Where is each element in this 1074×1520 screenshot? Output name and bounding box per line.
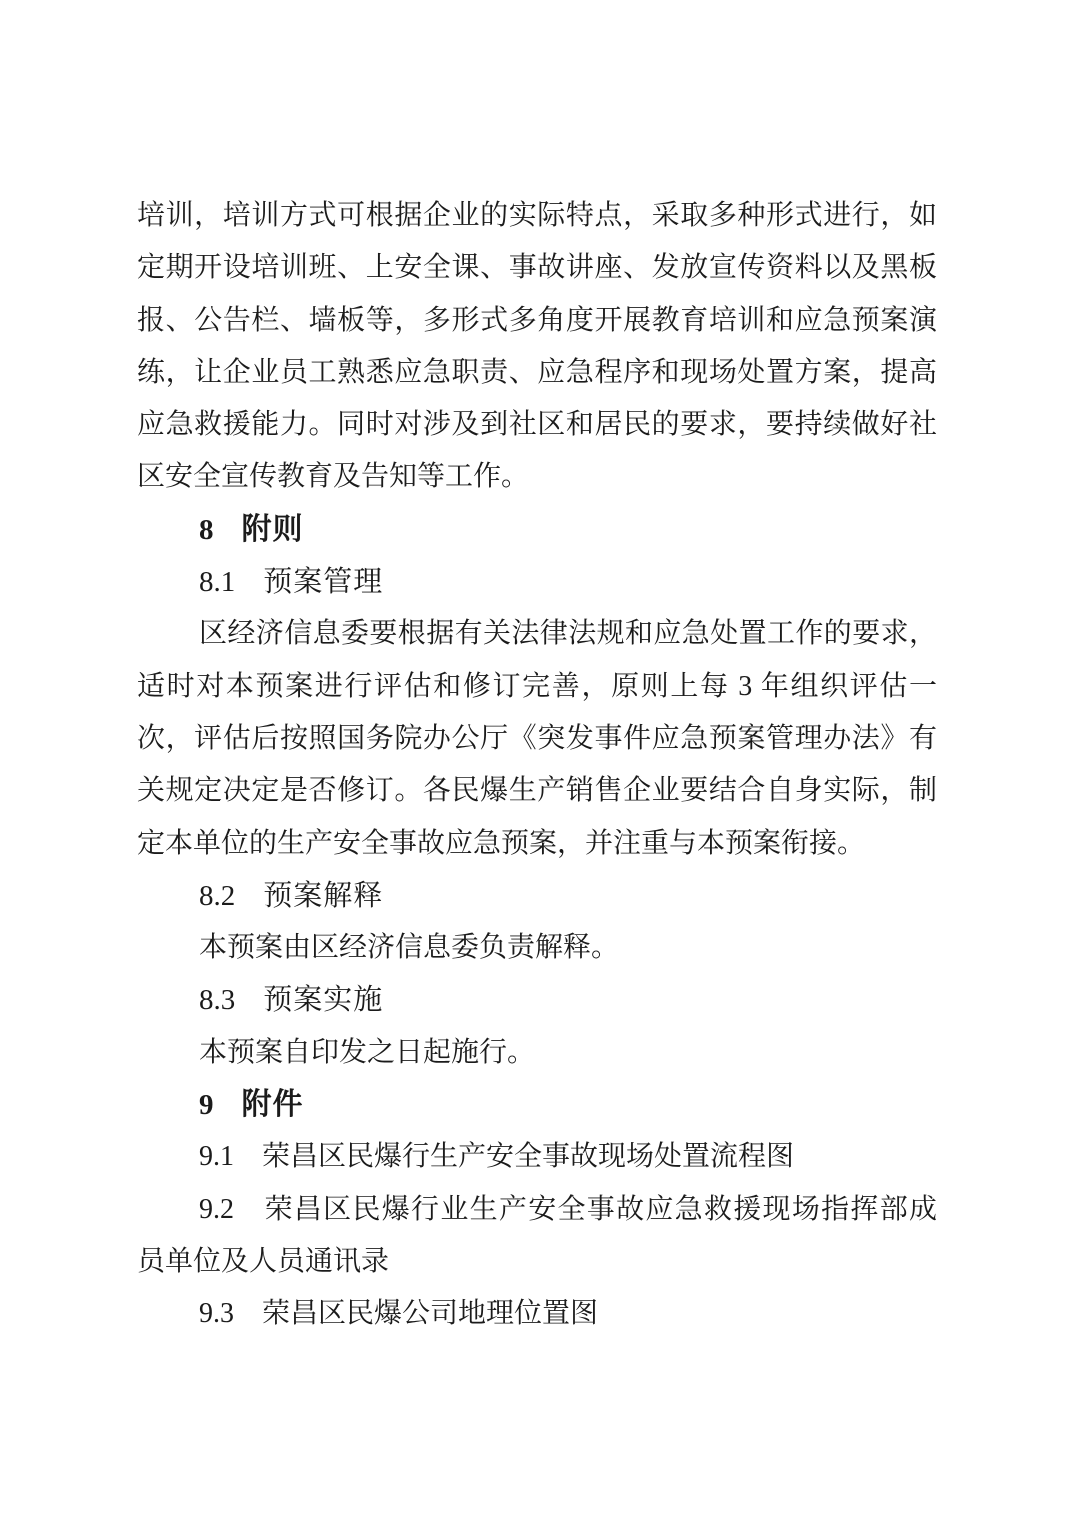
heading-title: 预案解释: [263, 880, 383, 912]
section-heading: 8附则: [137, 504, 937, 556]
heading-number: 8.1: [199, 566, 235, 598]
subsection-heading: 8.1预案管理: [137, 556, 937, 608]
text-line: 培训，培训方式可根据企业的实际特点，采取多种形式进行，如: [137, 190, 937, 242]
text-line: 报、公告栏、墙板等，多形式多角度开展教育培训和应急预案演: [137, 295, 937, 347]
text-line: 练，让企业员工熟悉应急职责、应急程序和现场处置方案，提高: [137, 347, 937, 399]
section-heading: 9附件: [137, 1079, 937, 1131]
subsection-heading: 8.3预案实施: [137, 974, 937, 1026]
text-line: 9.3 荣昌区民爆公司地理位置图: [137, 1288, 937, 1340]
heading-number: 9: [199, 1089, 214, 1121]
subsection-heading: 8.2预案解释: [137, 870, 937, 922]
text-line: 次，评估后按照国务院办公厅《突发事件应急预案管理办法》有: [137, 713, 937, 765]
text-line: 适时对本预案进行评估和修订完善，原则上每 3 年组织评估一: [137, 661, 937, 713]
document-page: 培训，培训方式可根据企业的实际特点，采取多种形式进行，如定期开设培训班、上安全课…: [0, 0, 1074, 1520]
text-line: 本预案自印发之日起施行。: [137, 1027, 937, 1079]
heading-title: 预案管理: [263, 566, 383, 598]
text-line: 应急救援能力。同时对涉及到社区和居民的要求，要持续做好社: [137, 399, 937, 451]
heading-title: 附件: [242, 1088, 304, 1121]
text-line: 关规定决定是否修订。各民爆生产销售企业要结合自身实际，制: [137, 765, 937, 817]
text-line: 定本单位的生产安全事故应急预案，并注重与本预案衔接。: [137, 818, 937, 870]
document-text-block: 培训，培训方式可根据企业的实际特点，采取多种形式进行，如定期开设培训班、上安全课…: [137, 190, 937, 1341]
heading-number: 8: [199, 514, 214, 546]
text-line: 9.2 荣昌区民爆行业生产安全事故应急救援现场指挥部成: [137, 1184, 937, 1236]
text-line: 区安全宣传教育及告知等工作。: [137, 451, 937, 503]
text-line: 本预案由区经济信息委负责解释。: [137, 922, 937, 974]
heading-number: 8.3: [199, 984, 235, 1016]
heading-number: 8.2: [199, 880, 235, 912]
text-line: 9.1 荣昌区民爆行生产安全事故现场处置流程图: [137, 1131, 937, 1183]
heading-title: 附则: [242, 513, 304, 546]
text-line: 定期开设培训班、上安全课、事故讲座、发放宣传资料以及黑板: [137, 242, 937, 294]
heading-title: 预案实施: [263, 984, 383, 1016]
text-line: 区经济信息委要根据有关法律法规和应急处置工作的要求，: [137, 608, 937, 660]
text-line: 员单位及人员通讯录: [137, 1236, 937, 1288]
